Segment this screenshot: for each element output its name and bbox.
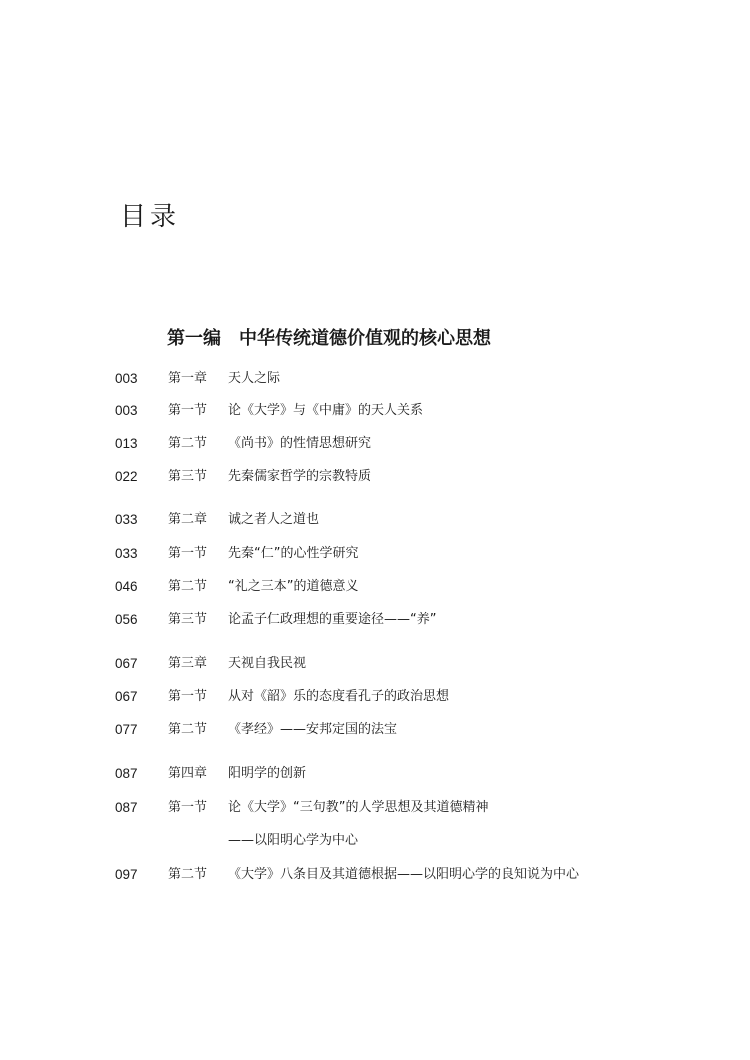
entry-label: 第一节 — [168, 543, 207, 565]
entry-title: “礼之三本”的道德意义 — [228, 576, 358, 598]
page-number: 033 — [115, 543, 138, 565]
part-title: 第一编 中华传统道德价值观的核心思想 — [167, 324, 491, 350]
entry-title: 论《大学》与《中庸》的天人关系 — [228, 400, 423, 422]
entry-label: 第三节 — [168, 609, 207, 631]
entry-label: 第一节 — [168, 686, 207, 708]
page-number: 087 — [115, 797, 138, 819]
page-number: 013 — [115, 433, 138, 455]
page-number: 046 — [115, 576, 138, 598]
page-number: 056 — [115, 609, 138, 631]
page-number: 067 — [115, 653, 138, 675]
page-number: 077 — [115, 719, 138, 741]
entry-label: 第三章 — [168, 653, 207, 675]
entry-label: 第二节 — [168, 719, 207, 741]
entry-subtitle: ——以阳明心学为中心 — [228, 830, 358, 852]
toc-entry-section[interactable]: 097 第二节 《大学》八条目及其道德根据——以阳明心学的良知说为中心 — [0, 864, 750, 886]
entry-label: 第三节 — [168, 466, 207, 488]
entry-title: 天视自我民视 — [228, 653, 306, 675]
toc-entry-section[interactable]: 046 第二节 “礼之三本”的道德意义 — [0, 576, 750, 598]
entry-label: 第二节 — [168, 576, 207, 598]
entry-title: 《孝经》——安邦定国的法宝 — [228, 719, 397, 741]
entry-label: 第一节 — [168, 797, 207, 819]
page-number: 003 — [115, 368, 138, 390]
toc-entry-chapter[interactable]: 067 第三章 天视自我民视 — [0, 653, 750, 675]
toc-entry-section[interactable]: 087 第一节 论《大学》“三句教”的人学思想及其道德精神 — [0, 797, 750, 819]
entry-title: 先秦儒家哲学的宗教特质 — [228, 466, 371, 488]
page-number: 087 — [115, 763, 138, 785]
entry-label: 第二节 — [168, 433, 207, 455]
toc-entry-section[interactable]: 077 第二节 《孝经》——安邦定国的法宝 — [0, 719, 750, 741]
entry-label: 第四章 — [168, 763, 207, 785]
entry-label: 第二节 — [168, 864, 207, 886]
toc-entry-section[interactable]: 033 第一节 先秦“仁”的心性学研究 — [0, 543, 750, 565]
entry-title: 阳明学的创新 — [228, 763, 306, 785]
entry-title: 先秦“仁”的心性学研究 — [228, 543, 358, 565]
page-number: 067 — [115, 686, 138, 708]
entry-title: 《尚书》的性情思想研究 — [228, 433, 371, 455]
entry-title: 诚之者人之道也 — [228, 509, 319, 531]
page-number: 033 — [115, 509, 138, 531]
page-number: 022 — [115, 466, 138, 488]
entry-label: 第一章 — [168, 368, 207, 390]
toc-entry-continuation: ——以阳明心学为中心 — [0, 830, 750, 852]
toc-entry-section[interactable]: 067 第一节 从对《韶》乐的态度看孔子的政治思想 — [0, 686, 750, 708]
toc-entry-section[interactable]: 022 第三节 先秦儒家哲学的宗教特质 — [0, 466, 750, 488]
toc-entry-chapter[interactable]: 003 第一章 天人之际 — [0, 368, 750, 390]
entry-title: 天人之际 — [228, 368, 280, 390]
toc-entry-chapter[interactable]: 087 第四章 阳明学的创新 — [0, 763, 750, 785]
toc-entry-section[interactable]: 013 第二节 《尚书》的性情思想研究 — [0, 433, 750, 455]
entry-label: 第一节 — [168, 400, 207, 422]
page-number: 003 — [115, 400, 138, 422]
page-number: 097 — [115, 864, 138, 886]
entry-title: 从对《韶》乐的态度看孔子的政治思想 — [228, 686, 449, 708]
toc-entry-chapter[interactable]: 033 第二章 诚之者人之道也 — [0, 509, 750, 531]
toc-entry-section[interactable]: 003 第一节 论《大学》与《中庸》的天人关系 — [0, 400, 750, 422]
entry-title: 论孟子仁政理想的重要途径——“养” — [228, 609, 436, 631]
entry-label: 第二章 — [168, 509, 207, 531]
entry-title: 论《大学》“三句教”的人学思想及其道德精神 — [228, 797, 488, 819]
page-title: 目录 — [120, 196, 180, 233]
entry-title: 《大学》八条目及其道德根据——以阳明心学的良知说为中心 — [228, 864, 579, 886]
toc-entry-section[interactable]: 056 第三节 论孟子仁政理想的重要途径——“养” — [0, 609, 750, 631]
